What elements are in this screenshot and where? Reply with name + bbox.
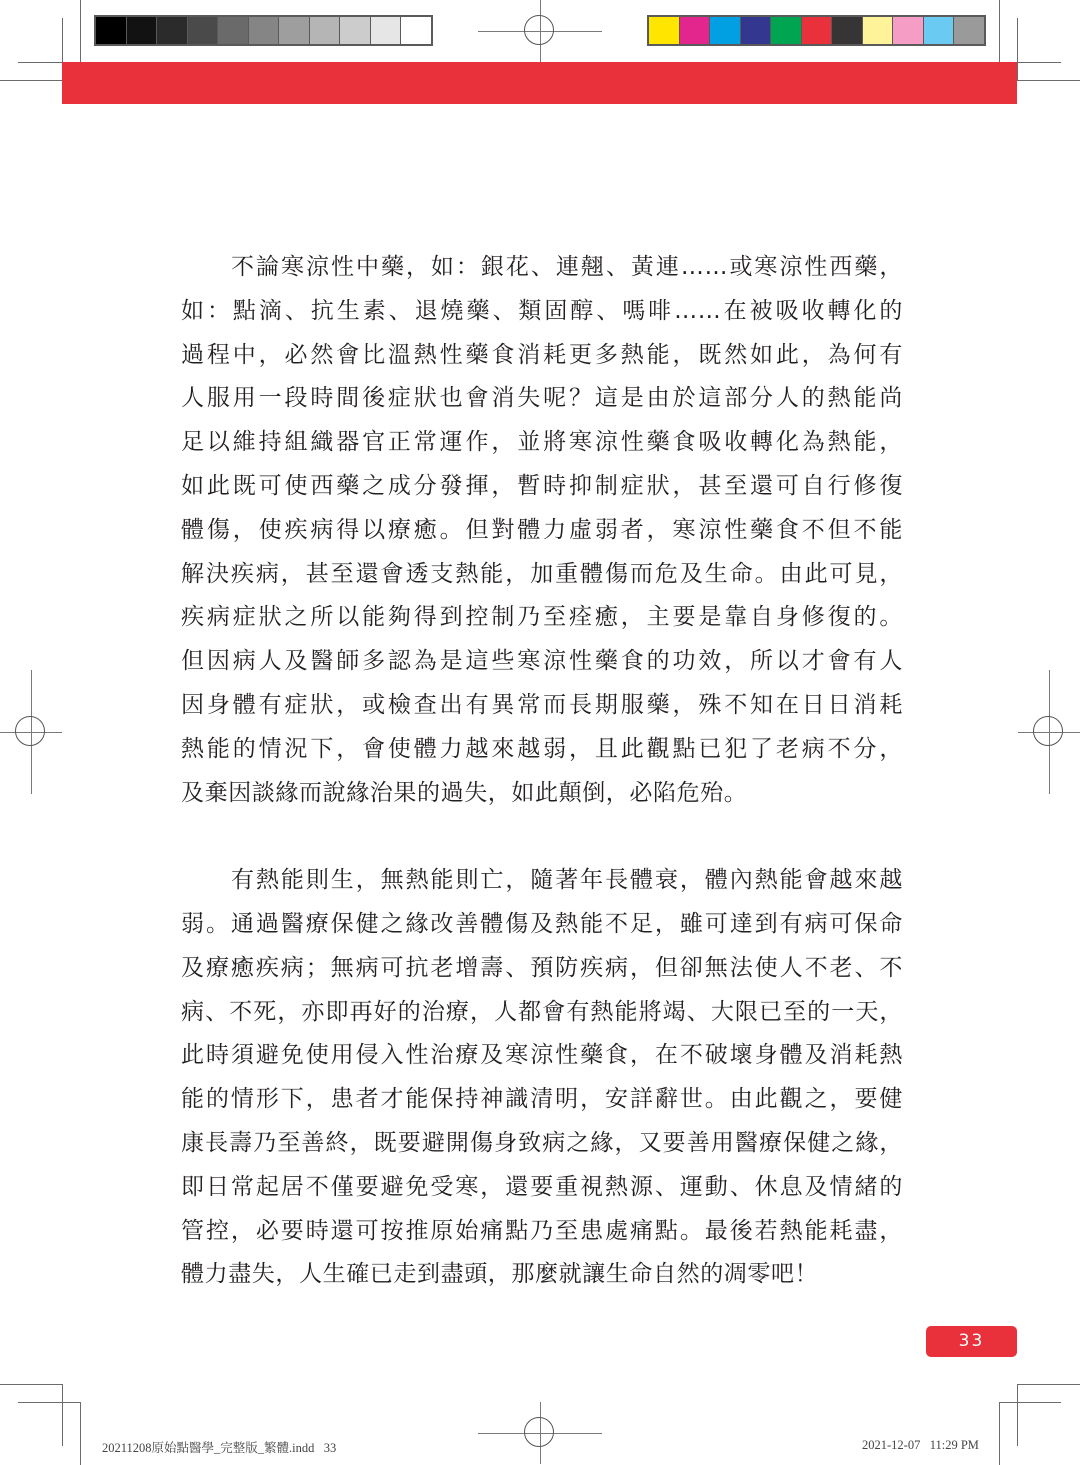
text-line: 能的情形下，患者才能保持神識清明，安詳辭世。由此觀之，要健	[181, 1078, 903, 1122]
text-line: 及棄因談緣而說緣治果的過失，如此顛倒，必陷危殆。	[181, 772, 903, 816]
slug-timestamp: 2021-12-07 11:29 PM	[862, 1438, 979, 1453]
text-line: 足以維持組織器官正常運作，並將寒涼性藥食吸收轉化為熱能，	[181, 421, 903, 465]
text-line: 康長壽乃至善終，既要避開傷身致病之緣，又要善用醫療保健之緣，	[181, 1122, 903, 1166]
text-line: 熱能的情況下，會使體力越來越弱，且此觀點已犯了老病不分，	[181, 728, 903, 772]
gray-swatch	[127, 17, 157, 44]
slug-file-info: 20211208原始點醫學_完整版_繁體.indd 33	[102, 1438, 336, 1456]
text-line: 體傷，使疾病得以療癒。但對體力虛弱者，寒涼性藥食不但不能	[181, 509, 903, 553]
process-color-bar	[647, 15, 986, 46]
color-swatch	[832, 17, 862, 44]
crop-mark-bottom-left-inner-h	[18, 1402, 80, 1403]
crop-mark-top-right-inner-h	[1017, 80, 1080, 81]
text-line: 體力盡失，人生確已走到盡頭，那麼就讓生命自然的凋零吧！	[181, 1253, 903, 1297]
gray-swatch	[279, 17, 309, 44]
text-line: 人服用一段時間後症狀也會消失呢？這是由於這部分人的熱能尚	[181, 377, 903, 421]
page-number-badge: 33	[926, 1326, 1017, 1357]
text-line: 管控，必要時還可按推原始痛點乃至患處痛點。最後若熱能耗盡，	[181, 1210, 903, 1254]
color-swatch	[649, 17, 679, 44]
gray-swatch	[371, 17, 401, 44]
text-line: 不論寒涼性中藥，如：銀花、連翹、黃連……或寒涼性西藥，	[181, 246, 903, 290]
gray-swatch	[310, 17, 340, 44]
color-swatch	[741, 17, 771, 44]
color-swatch	[893, 17, 923, 44]
crop-mark-bottom-right-inner-h	[999, 1402, 1061, 1403]
paragraph-1: 不論寒涼性中藥，如：銀花、連翹、黃連……或寒涼性西藥，如：點滴、抗生素、退燒藥、…	[181, 246, 903, 815]
text-line: 有熱能則生，無熱能則亡，隨著年長體衰，體內熱能會越來越	[181, 859, 903, 903]
color-swatch	[924, 17, 954, 44]
text-line: 病、不死，亦即再好的治療，人都會有熱能將竭、大限已至的一天，	[181, 991, 903, 1035]
crop-mark-top-right-outer-v	[999, 0, 1000, 62]
crop-mark-bottom-left-inner-v	[80, 1402, 81, 1465]
color-swatch	[863, 17, 893, 44]
text-line: 如此既可使西藥之成分發揮，暫時抑制症狀，甚至還可自行修復	[181, 465, 903, 509]
crop-mark-top-right-inner-v	[1017, 18, 1018, 80]
crop-mark-bottom-left-outer-v	[62, 1384, 63, 1446]
crop-mark-bottom-left-outer-h	[0, 1384, 62, 1385]
text-line: 過程中，必然會比溫熱性藥食消耗更多熱能，既然如此，為何有	[181, 334, 903, 378]
color-swatch	[771, 17, 801, 44]
color-swatch	[802, 17, 832, 44]
text-line: 即日常起居不僅要避免受寒，還要重視熱源、運動、休息及情緒的	[181, 1166, 903, 1210]
crop-mark-top-left-inner-h	[0, 80, 62, 81]
text-line: 及療癒疾病；無病可抗老增壽、預防疾病，但卻無法使人不老、不	[181, 947, 903, 991]
text-line: 但因病人及醫師多認為是這些寒涼性藥食的功效，所以才會有人	[181, 640, 903, 684]
page-number: 33	[959, 1331, 985, 1351]
crop-mark-top-left-outer-v	[80, 0, 81, 62]
gray-swatch	[401, 17, 431, 44]
color-swatch	[680, 17, 710, 44]
body-text: 不論寒涼性中藥，如：銀花、連翹、黃連……或寒涼性西藥，如：點滴、抗生素、退燒藥、…	[181, 246, 903, 1297]
gray-swatch	[218, 17, 248, 44]
gray-swatch	[249, 17, 279, 44]
paragraph-2: 有熱能則生，無熱能則亡，隨著年長體衰，體內熱能會越來越弱。通過醫療保健之緣改善體…	[181, 859, 903, 1297]
crop-mark-bottom-right-inner-v	[999, 1402, 1000, 1465]
crop-mark-bottom-right-outer-h	[1017, 1384, 1080, 1385]
text-line: 疾病症狀之所以能夠得到控制乃至痊癒，主要是靠自身修復的。	[181, 596, 903, 640]
crop-mark-bottom-right-outer-v	[1017, 1384, 1018, 1446]
gray-swatch	[96, 17, 126, 44]
text-line: 因身體有症狀，或檢查出有異常而長期服藥，殊不知在日日消耗	[181, 684, 903, 728]
header-band	[62, 62, 1017, 104]
gray-swatch	[188, 17, 218, 44]
paragraph-spacer	[181, 815, 903, 859]
color-swatch	[710, 17, 740, 44]
text-line: 如：點滴、抗生素、退燒藥、類固醇、嗎啡……在被吸收轉化的	[181, 290, 903, 334]
text-line: 解決疾病，甚至還會透支熱能，加重體傷而危及生命。由此可見，	[181, 553, 903, 597]
text-line: 弱。通過醫療保健之緣改善體傷及熱能不足，雖可達到有病可保命	[181, 903, 903, 947]
gray-swatch	[157, 17, 187, 44]
text-line: 此時須避免使用侵入性治療及寒涼性藥食，在不破壞身體及消耗熱	[181, 1034, 903, 1078]
grayscale-color-bar	[94, 15, 433, 46]
color-swatch	[954, 17, 984, 44]
crop-mark-top-right-outer-h	[1017, 62, 1061, 63]
gray-swatch	[340, 17, 370, 44]
